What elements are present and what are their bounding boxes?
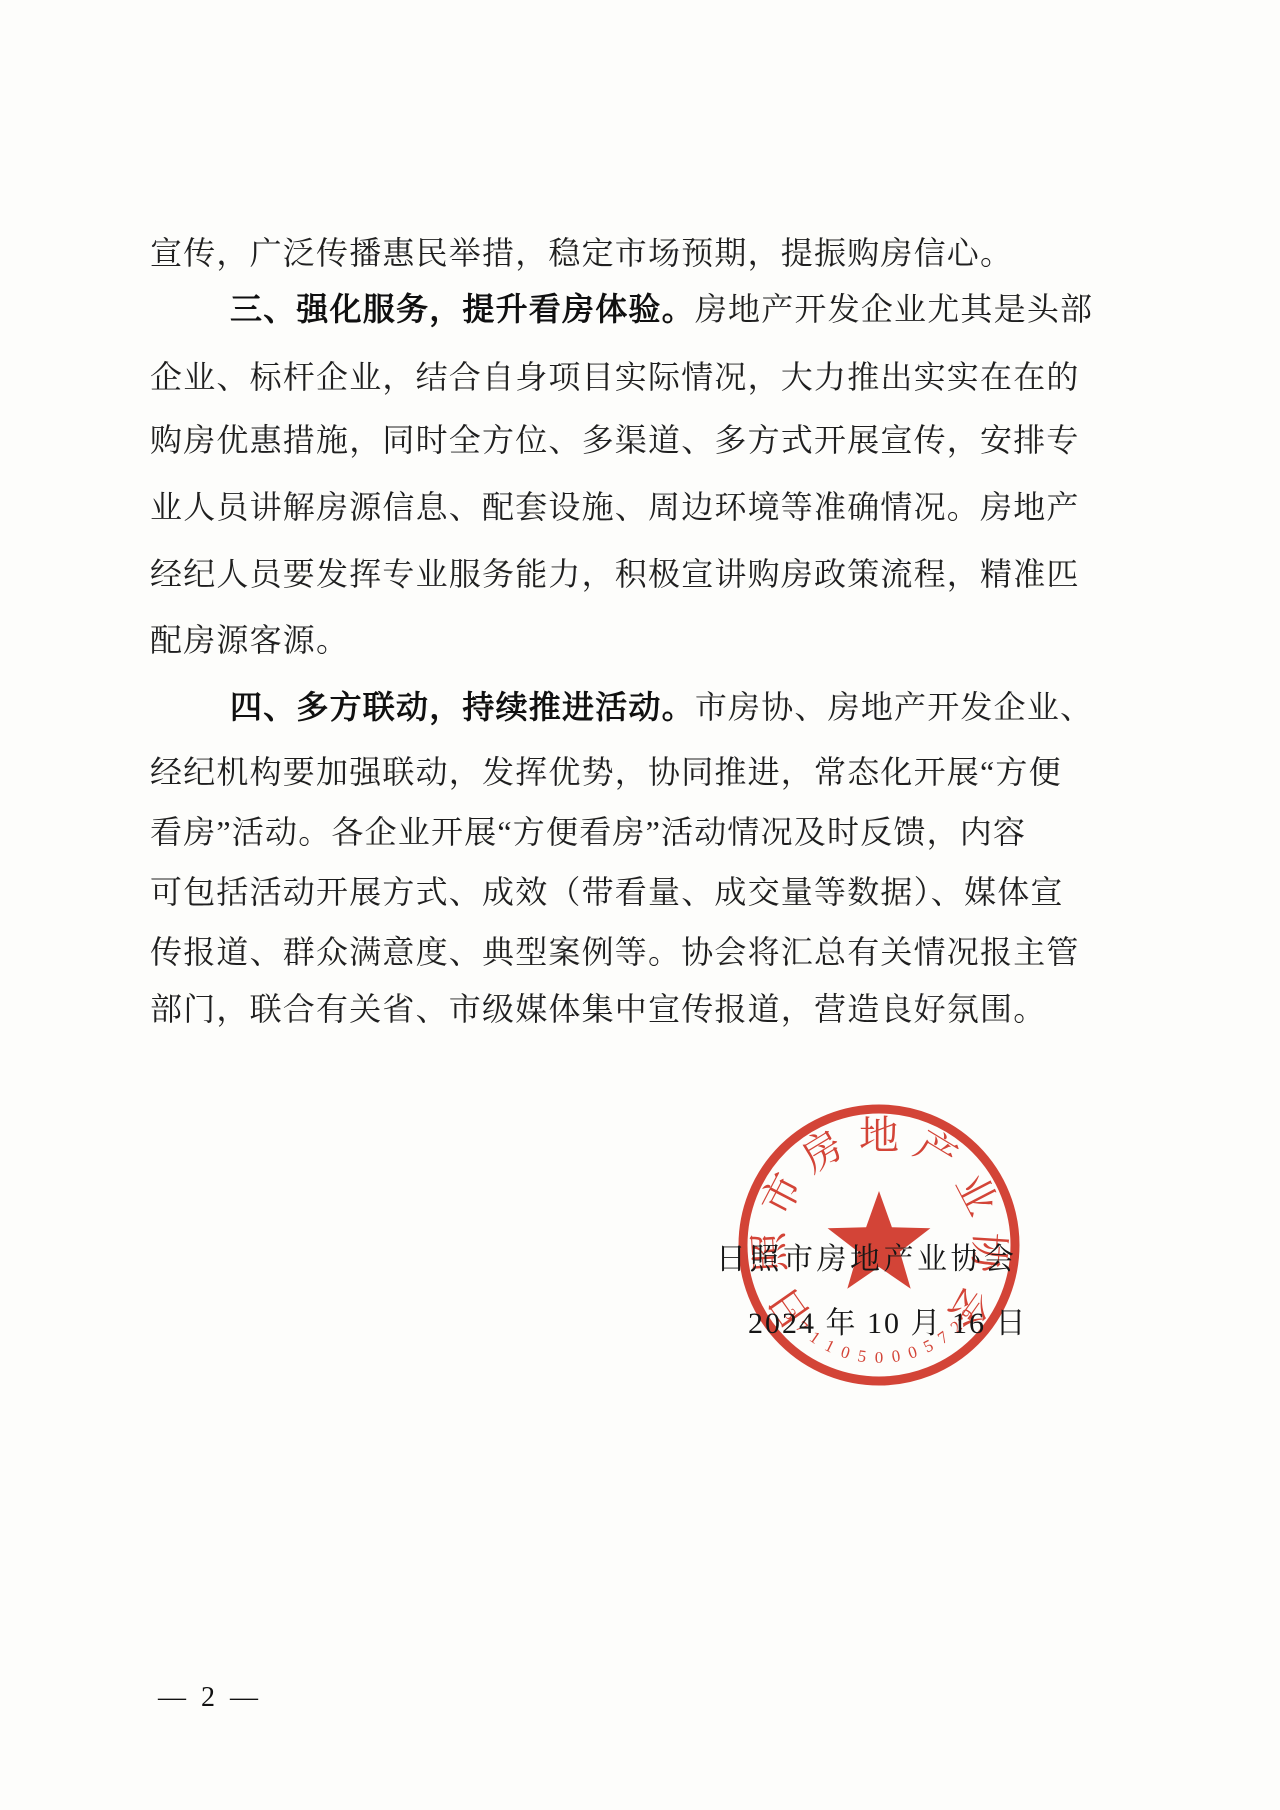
document-page: 宣传，广泛传播惠民举措，稳定市场预期，提振购房信心。 三、强化服务，提升看房体验… bbox=[0, 0, 1280, 1810]
line-text: 房地产开发企业尤其是头部 bbox=[695, 291, 1093, 327]
body-line: 看房”活动。各企业开展“方便看房”活动情况及时反馈，内容 bbox=[150, 815, 1026, 849]
body-line: 企业、标杆企业，结合自身项目实际情况，大力推出实实在在的 bbox=[150, 360, 1080, 394]
body-line: 经纪人员要发挥专业服务能力，积极宣讲购房政策流程，精准匹 bbox=[150, 557, 1080, 591]
line-text: 传报道、群众满意度、典型案例等。协会将汇总有关情况报主管 bbox=[150, 934, 1080, 970]
page-number: — 2 — bbox=[158, 1682, 262, 1714]
svg-text:地: 地 bbox=[859, 1113, 899, 1158]
body-line: 购房优惠措施，同时全方位、多渠道、多方式开展宣传，安排专 bbox=[150, 423, 1080, 457]
paragraph-heading: 四、多方联动，持续推进活动。 bbox=[230, 688, 695, 726]
svg-text:5: 5 bbox=[856, 1346, 867, 1366]
line-text: 经纪人员要发挥专业服务能力，积极宣讲购房政策流程，精准匹 bbox=[150, 556, 1080, 592]
paragraph-heading: 三、强化服务，提升看房体验。 bbox=[230, 290, 695, 328]
body-line: 可包括活动开展方式、成效（带看量、成交量等数据）、媒体宣 bbox=[150, 875, 1064, 909]
body-line: 配房源客源。 bbox=[150, 623, 349, 657]
body-line: 经纪机构要加强联动，发挥优势，协同推进，常态化开展“方便 bbox=[150, 755, 1062, 789]
body-line: 传报道、群众满意度、典型案例等。协会将汇总有关情况报主管 bbox=[150, 935, 1080, 969]
body-line: 宣传，广泛传播惠民举措，稳定市场预期，提振购房信心。 bbox=[150, 236, 1013, 270]
body-line: 业人员讲解房源信息、配套设施、周边环境等准确情况。房地产 bbox=[150, 490, 1080, 524]
signature-org: 日照市房地产业协会 bbox=[716, 1234, 1018, 1278]
line-text: 宣传，广泛传播惠民举措，稳定市场预期，提振购房信心。 bbox=[150, 235, 1013, 271]
body-line-paragraph-4: 四、多方联动，持续推进活动。市房协、房地产开发企业、 bbox=[150, 690, 1093, 724]
svg-text:0: 0 bbox=[875, 1348, 884, 1367]
svg-text:0: 0 bbox=[906, 1342, 920, 1363]
line-text: 业人员讲解房源信息、配套设施、周边环境等准确情况。房地产 bbox=[150, 489, 1080, 525]
body-line: 部门，联合有关省、市级媒体集中宣传报道，营造良好氛围。 bbox=[150, 992, 1046, 1026]
line-text: 配房源客源。 bbox=[150, 622, 349, 658]
svg-text:0: 0 bbox=[839, 1342, 853, 1363]
line-text: 市房协、房地产开发企业、 bbox=[695, 689, 1093, 725]
line-text: 部门，联合有关省、市级媒体集中宣传报道，营造良好氛围。 bbox=[150, 991, 1046, 1027]
line-text: 可包括活动开展方式、成效（带看量、成交量等数据）、媒体宣 bbox=[150, 874, 1064, 910]
line-text: 看房”活动。各企业开展“方便看房”活动情况及时反馈，内容 bbox=[150, 814, 1026, 850]
signature-date: 2024 年 10 月 16 日 bbox=[748, 1298, 1028, 1342]
line-text: 购房优惠措施，同时全方位、多渠道、多方式开展宣传，安排专 bbox=[150, 422, 1080, 458]
body-line-paragraph-3: 三、强化服务，提升看房体验。房地产开发企业尤其是头部 bbox=[150, 292, 1093, 326]
line-text: 经纪机构要加强联动，发挥优势，协同推进，常态化开展“方便 bbox=[150, 754, 1062, 790]
svg-text:0: 0 bbox=[890, 1346, 901, 1366]
line-text: 企业、标杆企业，结合自身项目实际情况，大力推出实实在在的 bbox=[150, 359, 1080, 395]
